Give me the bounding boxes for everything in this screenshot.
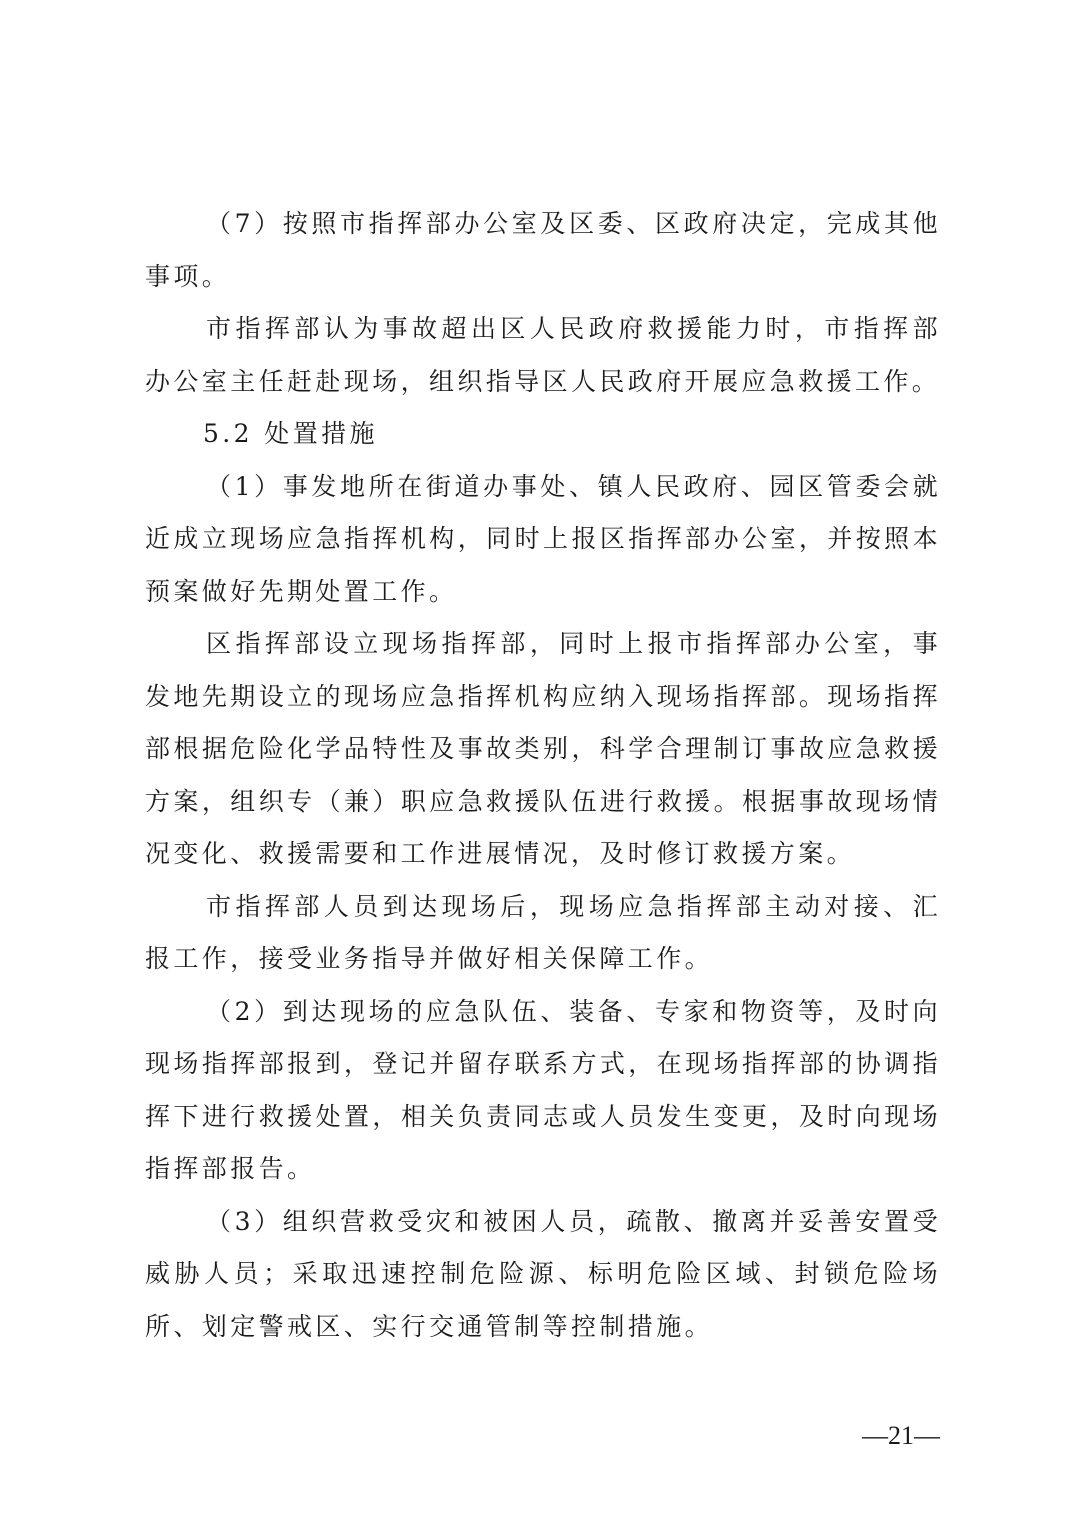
- paragraph-city-personnel-arrival: 市指挥部人员到达现场后，现场应急指挥部主动对接、汇报工作，接受业务指导并做好相关…: [145, 881, 941, 986]
- paragraph-item-7: （7）按照市指挥部办公室及区委、区政府决定，完成其他事项。: [145, 198, 941, 303]
- paragraph-item-1: （1）事发地所在街道办事处、镇人民政府、园区管委会就近成立现场应急指挥机构，同时…: [145, 461, 941, 619]
- paragraph-item-2: （2）到达现场的应急队伍、装备、专家和物资等，及时向现场指挥部报到，登记并留存联…: [145, 986, 941, 1196]
- section-heading-5-2: 5.2 处置措施: [145, 408, 941, 461]
- page-number: —21—: [862, 1421, 940, 1451]
- paragraph-district-field-command: 区指挥部设立现场指挥部，同时上报市指挥部办公室，事发地先期设立的现场应急指挥机构…: [145, 618, 941, 881]
- paragraph-item-3: （3）组织营救受灾和被困人员，疏散、撤离并妥善安置受威胁人员；采取迅速控制危险源…: [145, 1196, 941, 1354]
- paragraph-city-command-escalation: 市指挥部认为事故超出区人民政府救援能力时，市指挥部办公室主任赶赴现场，组织指导区…: [145, 303, 941, 408]
- document-page: （7）按照市指挥部办公室及区委、区政府决定，完成其他事项。 市指挥部认为事故超出…: [145, 198, 941, 1353]
